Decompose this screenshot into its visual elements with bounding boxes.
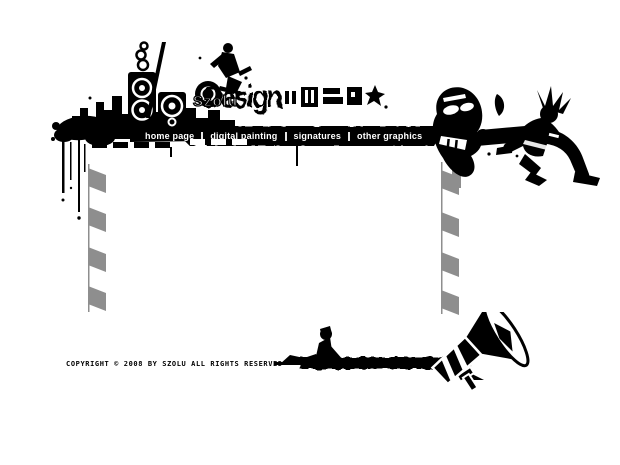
ink-drip-icon [296, 146, 298, 166]
speaker-box-icon [158, 92, 186, 128]
nav-item-home[interactable]: home page [138, 131, 201, 141]
speaker-tower-icon [128, 43, 156, 127]
ink-drip-icon [170, 147, 172, 157]
dash-icon [92, 142, 107, 148]
reclining-silhouette-icon [280, 325, 350, 369]
dash-icon [113, 142, 128, 148]
main-nav: home page digital painting signatures ot… [138, 127, 443, 145]
megaphone-icon [424, 312, 534, 394]
nav-item-signatures[interactable]: signatures [287, 131, 349, 141]
copyright-text: COPYRIGHT © 2008 BY SZOLU ALL RIGHTS RES… [66, 360, 283, 368]
nav-item-other-graphics[interactable]: other graphics [350, 131, 429, 141]
nav-separator-icon [348, 132, 350, 141]
logo-glyphs-icon [285, 83, 389, 113]
logo-brand: Szolu [193, 93, 238, 110]
nav-separator-icon [285, 132, 287, 141]
punk-jumper-icon [503, 86, 600, 186]
right-grunge-art [425, 84, 605, 189]
nav-separator-icon [201, 132, 203, 141]
nav-item-digital-painting[interactable]: digital painting [203, 131, 284, 141]
logo: Design Szolu [193, 78, 393, 120]
page: home page digital painting signatures ot… [0, 0, 620, 465]
